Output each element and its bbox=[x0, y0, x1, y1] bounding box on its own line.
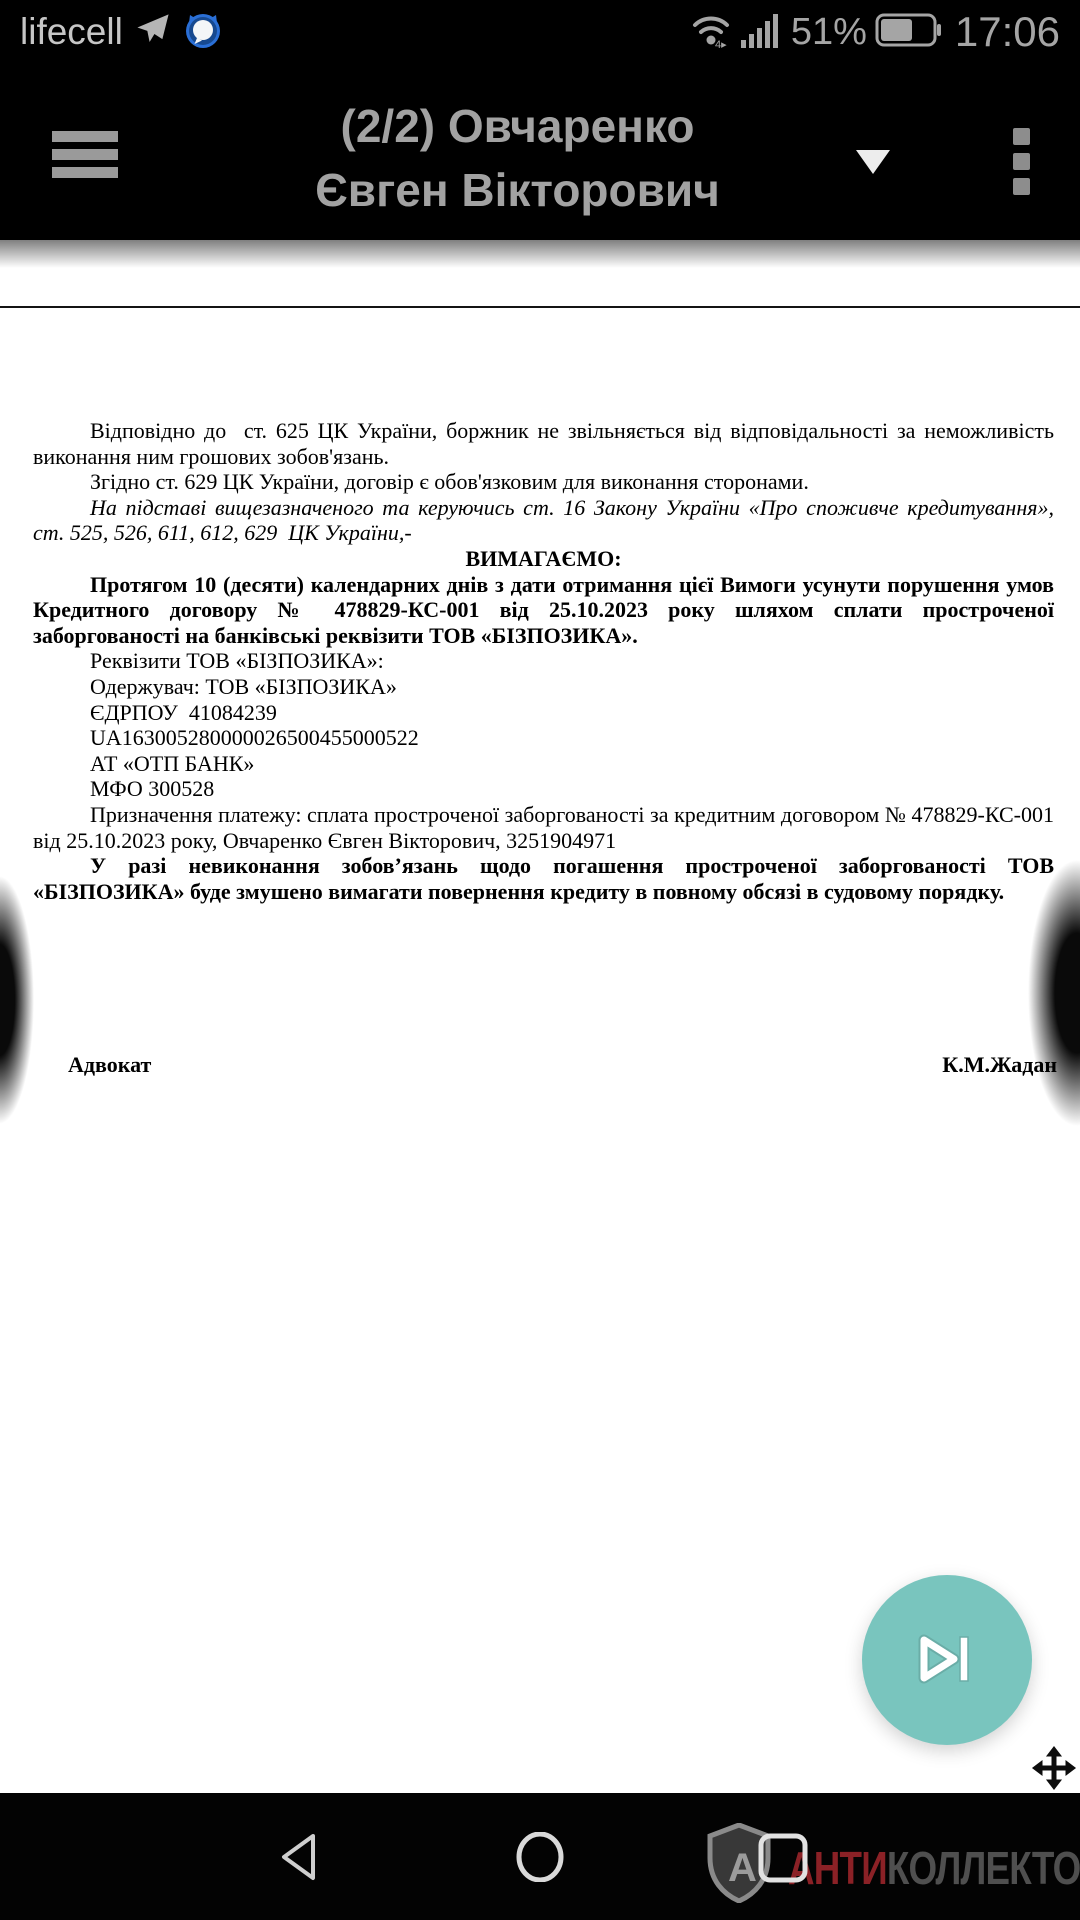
paragraph: Призначення платежу: сплата простроченої… bbox=[33, 802, 1054, 853]
paragraph-demand-heading: ВИМАГАЄМО: bbox=[33, 546, 1054, 572]
watermark-brand: АНТИКОЛЛЕКТОР bbox=[788, 1841, 1080, 1895]
app-bar: (2/2) Овчаренко Євген Вікторович bbox=[0, 64, 1080, 240]
svg-text:4▸: 4▸ bbox=[715, 39, 727, 50]
paragraph: Одержувач: ТОВ «БІЗПОЗИКА» bbox=[33, 674, 1054, 700]
hamburger-menu-icon[interactable] bbox=[52, 131, 118, 185]
paragraph: Відповідно до ст. 625 ЦК України, боржни… bbox=[33, 418, 1054, 469]
telegram-icon bbox=[135, 13, 171, 52]
watermark-shield-letter: А bbox=[728, 1846, 757, 1890]
paragraph: Згідно ст. 629 ЦК України, договір є обо… bbox=[33, 469, 1054, 495]
wifi-icon: 4▸ bbox=[689, 10, 733, 55]
status-bar: lifecell 4 bbox=[0, 0, 1080, 64]
document-viewer[interactable]: Відповідно до ст. 625 ЦК України, боржни… bbox=[0, 240, 1080, 1793]
recents-icon[interactable] bbox=[757, 1833, 809, 1888]
watermark-brand-gray: КОЛЛЕКТОР bbox=[887, 1842, 1080, 1894]
chat-app-icon bbox=[183, 10, 223, 55]
paragraph: Протягом 10 (десяти) календарних днів з … bbox=[33, 572, 1054, 649]
battery-icon bbox=[875, 10, 943, 55]
title-line-1: (2/2) Овчаренко bbox=[235, 94, 800, 158]
carrier-label: lifecell bbox=[20, 0, 123, 64]
paragraph: МФО 300528 bbox=[33, 776, 1054, 802]
paragraph: У разі невиконання зобов’язань щодо пога… bbox=[33, 853, 1054, 904]
chevron-down-icon[interactable] bbox=[856, 150, 890, 174]
home-icon[interactable] bbox=[512, 1832, 568, 1887]
move-cursor-icon[interactable] bbox=[1031, 1742, 1077, 1793]
page-boundary-line bbox=[0, 306, 1080, 308]
paragraph-iban: UA163005280000026500455000522 bbox=[33, 725, 1054, 751]
title-line-2: Євген Вікторович bbox=[235, 158, 800, 222]
signal-strength-icon bbox=[741, 10, 783, 55]
paragraph: ЄДРПОУ 41084239 bbox=[33, 700, 1054, 726]
page-curl-shadow-left bbox=[0, 876, 34, 1124]
next-page-fab[interactable] bbox=[862, 1575, 1032, 1745]
paragraph: На підставі вищезазначеного та керуючись… bbox=[33, 495, 1054, 546]
signature-row: Адвокат К.М.Жадан bbox=[68, 1052, 1057, 1078]
paragraph: АТ «ОТП БАНК» bbox=[33, 751, 1054, 777]
clock-label: 17:06 bbox=[955, 8, 1060, 56]
status-bar-left: lifecell bbox=[20, 0, 223, 64]
document-page: Відповідно до ст. 625 ЦК України, боржни… bbox=[33, 418, 1054, 904]
document-title[interactable]: (2/2) Овчаренко Євген Вікторович bbox=[235, 94, 800, 222]
skip-next-icon bbox=[916, 1634, 978, 1687]
phone-screen: lifecell 4 bbox=[0, 0, 1080, 1920]
signature-role: Адвокат bbox=[68, 1052, 151, 1078]
battery-percent-label: 51% bbox=[791, 11, 867, 54]
navigation-bar: А АНТИКОЛЛЕКТОР bbox=[0, 1793, 1080, 1920]
overflow-menu-icon[interactable] bbox=[1013, 128, 1030, 203]
status-bar-right: 4▸ 51% 17:06 bbox=[689, 8, 1060, 56]
back-icon[interactable] bbox=[277, 1832, 323, 1887]
paragraph: Реквізити ТОВ «БІЗПОЗИКА»: bbox=[33, 648, 1054, 674]
appbar-shadow bbox=[0, 240, 1080, 268]
